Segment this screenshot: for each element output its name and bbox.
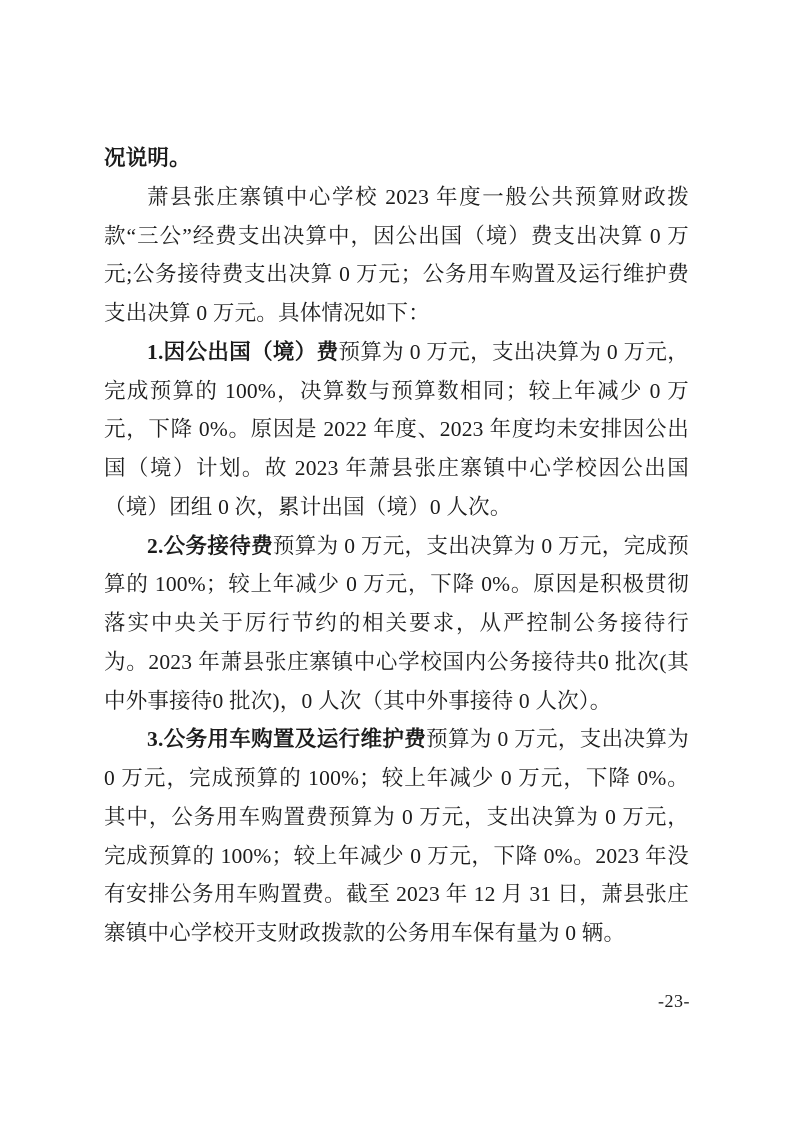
paragraph-overseas-travel-text: 预算为 0 万元，支出决算为 0 万元，完成预算的 100%，决算数与预算数相同… [104, 340, 689, 519]
section-heading-fragment: 况说明。 [104, 139, 689, 178]
paragraph-official-reception: 2.公务接待费预算为 0 万元，支出决算为 0 万元，完成预算的 100%；较上… [104, 527, 689, 721]
document-page: 况说明。 萧县张庄寨镇中心学校 2023 年度一般公共预算财政拨款“三公”经费支… [0, 0, 793, 1122]
paragraph-official-reception-lead: 2.公务接待费 [147, 534, 273, 558]
paragraph-overseas-travel: 1.因公出国（境）费预算为 0 万元，支出决算为 0 万元，完成预算的 100%… [104, 333, 689, 527]
intro-paragraph: 萧县张庄寨镇中心学校 2023 年度一般公共预算财政拨款“三公”经费支出决算中，… [104, 178, 689, 333]
paragraph-official-reception-text: 预算为 0 万元，支出决算为 0 万元，完成预算的 100%；较上年减少 0 万… [104, 534, 689, 713]
paragraph-official-vehicles-lead: 3.公务用车购置及运行维护费 [147, 727, 426, 751]
paragraph-official-vehicles-text: 预算为 0 万元，支出决算为 0 万元，完成预算的 100%；较上年减少 0 万… [104, 727, 689, 945]
document-body: 况说明。 萧县张庄寨镇中心学校 2023 年度一般公共预算财政拨款“三公”经费支… [104, 139, 689, 953]
page-number: -23- [658, 990, 690, 1012]
intro-paragraph-text: 萧县张庄寨镇中心学校 2023 年度一般公共预算财政拨款“三公”经费支出决算中，… [104, 185, 689, 325]
paragraph-overseas-travel-lead: 1.因公出国（境）费 [147, 340, 338, 364]
paragraph-official-vehicles: 3.公务用车购置及运行维护费预算为 0 万元，支出决算为 0 万元，完成预算的 … [104, 720, 689, 953]
